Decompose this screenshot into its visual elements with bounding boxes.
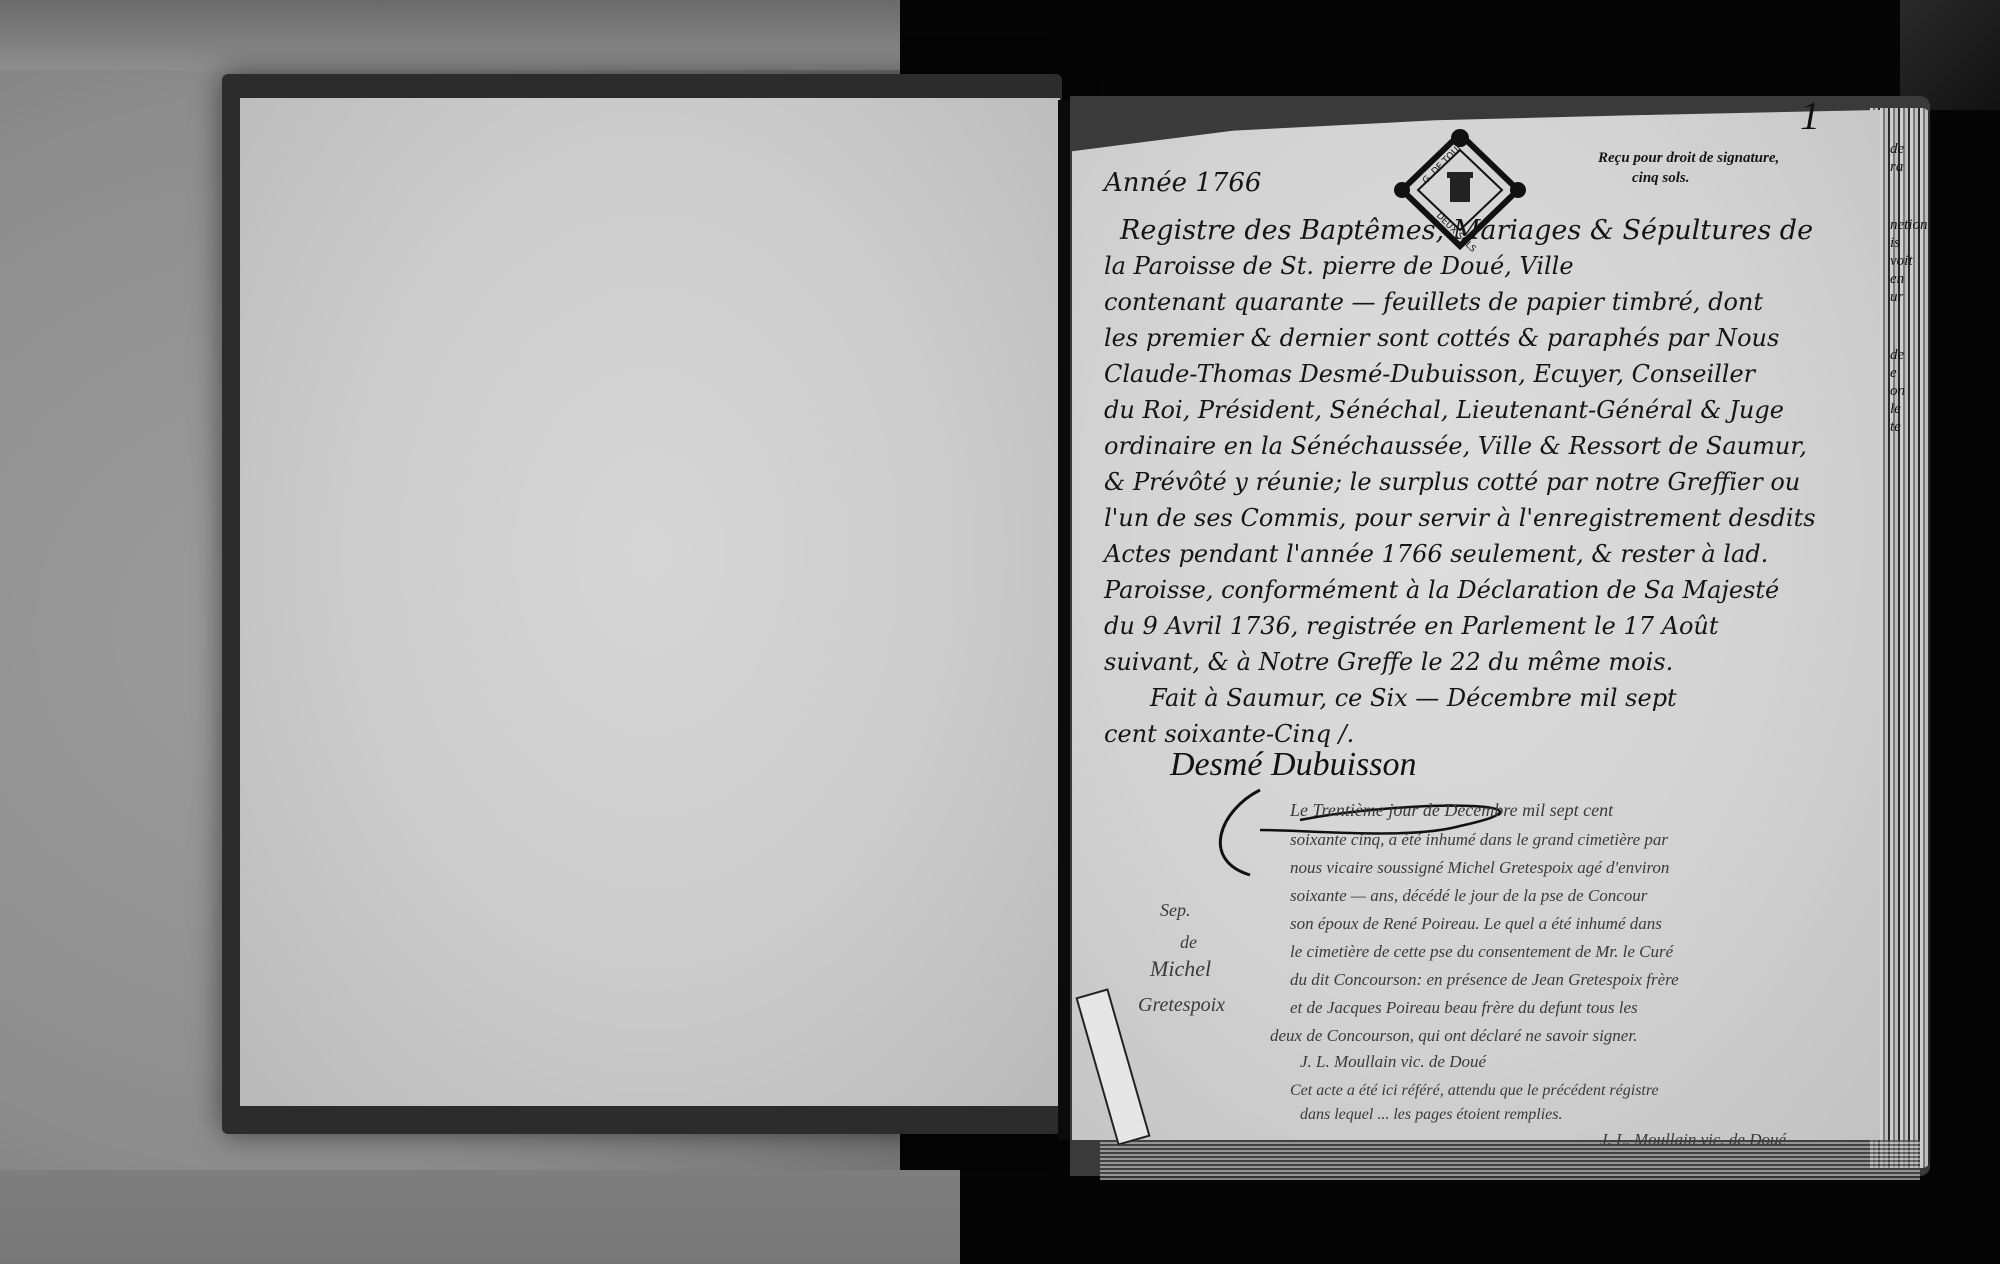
note-line: dans lequel ... les pages étoient rempli…: [1300, 1106, 1562, 1124]
entry-line: son époux de René Poireau. Le quel a été…: [1290, 914, 1662, 934]
printed-line: l'un de ses Commis, pour servir à l'enre…: [1104, 504, 1816, 532]
left-page-blank: [240, 98, 1060, 1106]
entry-line: Le Trentième jour de Decembre mil sept c…: [1290, 800, 1613, 821]
scanner-background-corner: [1900, 0, 2000, 110]
printed-line: Actes pendant l'année 1766 seulement, & …: [1104, 540, 1768, 568]
edge-note: ur: [1890, 288, 1930, 306]
printed-line: cent soixante-Cinq /.: [1104, 720, 1354, 748]
edge-note: e: [1890, 364, 1930, 382]
note-signature: J. L. Moullain vic. de Doué: [1600, 1130, 1786, 1150]
entry-line: deux de Concourson, qui ont déclaré ne s…: [1270, 1026, 1637, 1046]
printed-line: Fait à Saumur, ce Six — Décembre mil sep…: [1150, 684, 1677, 712]
edge-marginalia: de ra netion is voit en ur de e on le te: [1890, 140, 1930, 436]
entry-line: du dit Concourson: en présence de Jean G…: [1290, 970, 1679, 990]
printed-line: suivant, & à Notre Greffe le 22 du même …: [1104, 648, 1673, 676]
stamp-duty-note-line2: cinq sols.: [1632, 170, 1690, 187]
edge-note: netion: [1890, 216, 1930, 234]
margin-note-line: Michel: [1150, 956, 1211, 982]
printed-line: du 9 Avril 1736, registrée en Parlement …: [1104, 612, 1719, 640]
printed-line: ordinaire en la Sénéchaussée, Ville & Re…: [1104, 432, 1807, 460]
entry-line: le cimetière de cette pse du consentemen…: [1290, 942, 1673, 962]
printed-line: Registre des Baptêmes, Mariages & Sépult…: [1120, 215, 1813, 246]
edge-note: en: [1890, 270, 1930, 288]
scanner-background-top: [0, 0, 960, 70]
edge-note: te: [1890, 418, 1930, 436]
printed-line: du Roi, Président, Sénéchal, Lieutenant-…: [1104, 396, 1784, 424]
edge-note: de: [1890, 140, 1930, 158]
printed-line: les premier & dernier sont cottés & para…: [1104, 324, 1779, 352]
folio-number: 1: [1800, 92, 1820, 139]
margin-note-line: Sep.: [1160, 900, 1191, 921]
printed-line: Claude-Thomas Desmé-Dubuisson, Ecuyer, C…: [1104, 360, 1755, 388]
edge-note: is: [1890, 234, 1930, 252]
printed-line: Paroisse, conformément à la Déclaration …: [1104, 576, 1779, 604]
entry-signature: J. L. Moullain vic. de Doué: [1300, 1052, 1486, 1072]
book-gutter: [1058, 100, 1070, 1140]
edge-note: le: [1890, 400, 1930, 418]
year-heading: Année 1766: [1104, 168, 1261, 198]
edge-note: ra: [1890, 158, 1930, 176]
stamp-duty-note-line1: Reçu pour droit de signature,: [1598, 150, 1779, 167]
margin-note-line: de: [1180, 932, 1197, 953]
entry-line: et de Jacques Poireau beau frère du defu…: [1290, 998, 1638, 1018]
scanner-background-bottom: [0, 1170, 960, 1264]
printed-line: & Prévôté y réunie; le surplus cotté par…: [1104, 468, 1800, 496]
page-edges-bottom: [1100, 1140, 1920, 1180]
entry-line: nous vicaire soussigné Michel Gretespoix…: [1290, 858, 1669, 878]
entry-line: soixante — ans, décédé le jour de la pse…: [1290, 886, 1647, 906]
printed-line: la Paroisse de St. pierre de Doué, Ville: [1104, 252, 1574, 280]
margin-note-line: Gretespoix: [1138, 994, 1225, 1017]
edge-note: de: [1890, 346, 1930, 364]
entry-line: soixante cinq, a été inhumé dans le gran…: [1290, 830, 1668, 850]
printed-line: contenant quarante — feuillets de papier…: [1104, 288, 1763, 316]
note-line: Cet acte a été ici référé, attendu que l…: [1290, 1082, 1659, 1100]
edge-note: on: [1890, 382, 1930, 400]
edge-note: voit: [1890, 252, 1930, 270]
